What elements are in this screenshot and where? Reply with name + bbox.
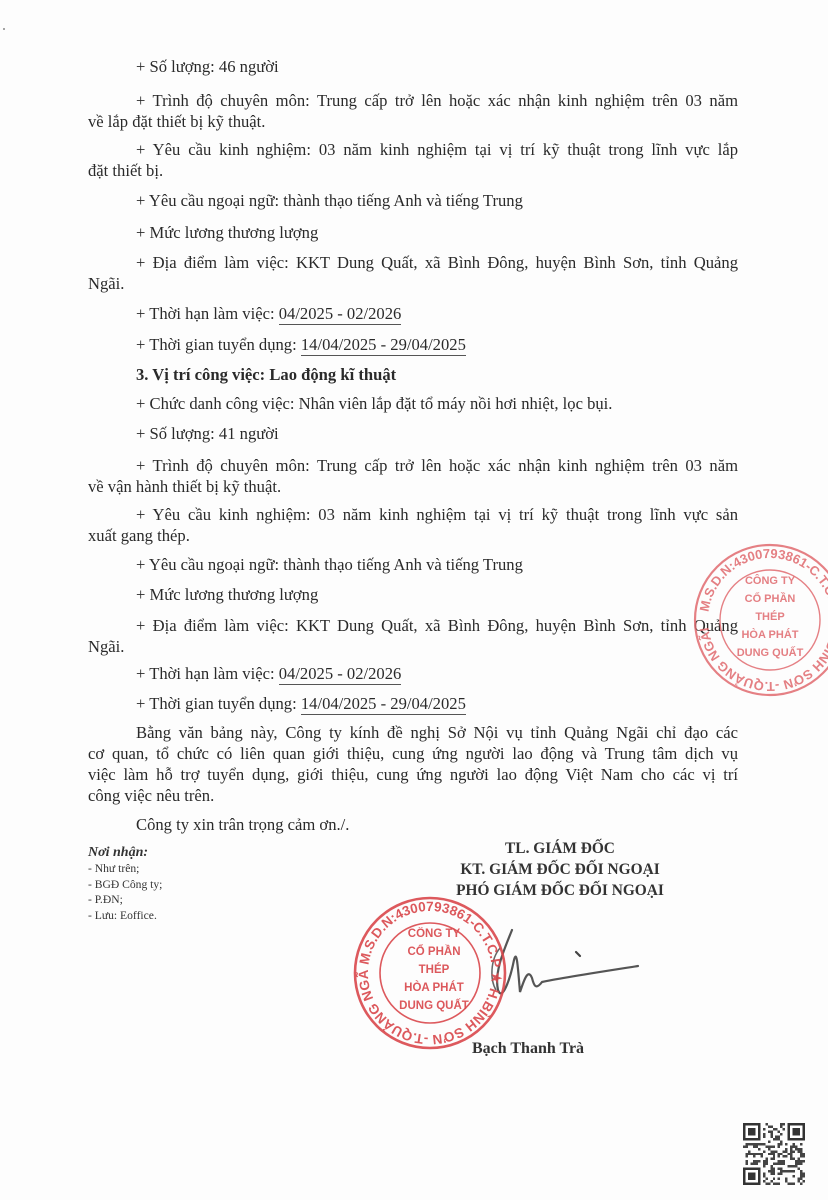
term-line: + Thời hạn làm việc: 04/2025 - 02/2026 [136,304,401,324]
quantity-line: + Số lượng: 41 người [136,424,279,444]
location-line-cont: Ngãi. [88,274,124,294]
company-stamp: M.S.D.N:4300793861-C.T.C.P ★ H.BÌNH SƠN … [350,893,510,1053]
salary-line: + Mức lương thương lượng [136,585,318,605]
thanks-line: Công ty xin trân trọng cảm ơn./. [136,815,349,835]
recruit-value: 14/04/2025 - 29/04/2025 [301,694,466,715]
recruit-label: + Thời gian tuyển dụng: [136,335,301,354]
language-line: + Yêu cầu ngoại ngữ: thành thạo tiếng An… [136,191,523,211]
location-line: + Địa điểm làm việc: KKT Dung Quất, xã B… [136,253,738,273]
closing-paragraph-line: công việc nêu trên. [88,786,214,806]
recipients-title: Nơi nhận: [88,844,162,861]
page-seal-stamp: M.S.D.N:4300793861-C.T.C.P ★ H.BÌNH SƠN … [690,540,828,700]
page-seal-center-line: DUNG QUẤT [737,646,804,659]
quantity-line: + Số lượng: 46 người [136,57,279,77]
recipients-block: Nơi nhận: - Như trên; - BGĐ Công ty; - P… [88,844,162,923]
stamp-center-line: HÒA PHÁT [404,981,464,994]
section-heading: 3. Vị trí công việc: Lao động kĩ thuật [136,365,396,385]
qr-code-icon [743,1123,805,1185]
signer-name: Bạch Thanh Trà [472,1040,584,1058]
page-seal-center-line: HÒA PHÁT [741,628,798,641]
page-seal-center-line: CỔ PHẦN [745,592,796,605]
job-title-line: + Chức danh công việc: Nhân viên lắp đặt… [136,394,612,414]
stamp-center-line: THÉP [419,963,450,976]
term-value: 04/2025 - 02/2026 [279,304,402,325]
closing-paragraph-line: Bằng văn bảng này, Công ty kính đề nghị … [136,723,738,743]
salary-line: + Mức lương thương lượng [136,223,318,243]
closing-paragraph-line: việc làm hỗ trợ tuyển dụng, giới thiệu, … [88,765,738,785]
term-label: + Thời hạn làm việc: [136,664,279,683]
term-line: + Thời hạn làm việc: 04/2025 - 02/2026 [136,664,401,684]
page-seal-center-line: CÔNG TY [745,574,796,587]
experience-line: + Yêu cầu kinh nghiệm: 03 năm kinh nghiệ… [136,140,738,160]
recruit-period-line: + Thời gian tuyển dụng: 14/04/2025 - 29/… [136,335,466,355]
term-label: + Thời hạn làm việc: [136,304,279,323]
term-value: 04/2025 - 02/2026 [279,664,402,685]
recipient-item: - Lưu: Eoffice. [88,908,162,924]
document-page: + Số lượng: 46 người + Trình độ chuyên m… [0,0,828,1200]
experience-line-cont: xuất gang thép. [88,526,190,546]
stamp-center-line: CÔNG TY [408,927,461,940]
recipient-item: - Như trên; [88,861,162,877]
qualification-line-cont: về vận hành thiết bị kỹ thuật. [88,477,281,497]
recruit-label: + Thời gian tuyển dụng: [136,694,301,713]
location-line-cont: Ngãi. [88,637,124,657]
qualification-line-cont: về lắp đặt thiết bị kỹ thuật. [88,112,265,132]
closing-paragraph-line: cơ quan, tổ chức có liên quan giới thiệu… [88,744,738,764]
recipient-item: - BGĐ Công ty; [88,877,162,893]
qualification-line: + Trình độ chuyên môn: Trung cấp trở lên… [136,456,738,476]
stamp-center-line: DUNG QUẤT [399,999,469,1012]
recruit-value: 14/04/2025 - 29/04/2025 [301,335,466,356]
qualification-line: + Trình độ chuyên môn: Trung cấp trở lên… [136,91,738,111]
experience-line: + Yêu cầu kinh nghiệm: 03 năm kinh nghiệ… [136,505,738,525]
signature-titles: TL. GIÁM ĐỐC KT. GIÁM ĐỐC ĐỐI NGOẠI PHÓ … [380,838,740,901]
experience-line-cont: đặt thiết bị. [88,161,163,181]
language-line: + Yêu cầu ngoại ngữ: thành thạo tiếng An… [136,555,523,575]
scan-speck [3,28,5,30]
recruit-period-line: + Thời gian tuyển dụng: 14/04/2025 - 29/… [136,694,466,714]
signature-title-1: TL. GIÁM ĐỐC [380,838,740,859]
stamp-center-line: CỔ PHẦN [407,945,460,958]
page-seal-center-line: THÉP [755,610,784,623]
recipient-item: - P.ĐN; [88,892,162,908]
location-line: + Địa điểm làm việc: KKT Dung Quất, xã B… [136,616,738,636]
signature-title-2: KT. GIÁM ĐỐC ĐỐI NGOẠI [380,859,740,880]
